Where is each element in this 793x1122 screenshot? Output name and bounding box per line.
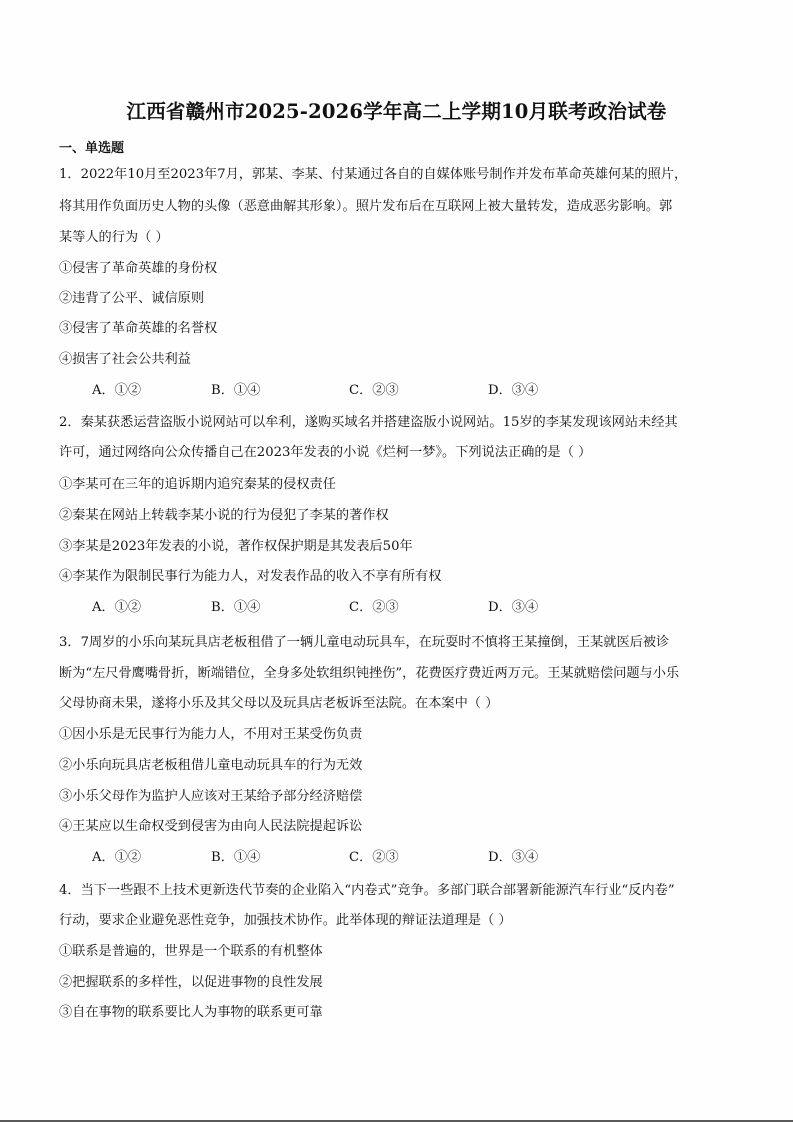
option-a: A．①② xyxy=(92,849,141,867)
option-a: A．①② xyxy=(92,382,141,400)
statement: ①李某可在三年的追诉期内追究秦某的侵权责任 xyxy=(59,476,336,494)
statement: ④李某作为限制民事行为能力人，对发表作品的收入不享有所有权 xyxy=(59,568,441,586)
question-stem-line: 2．秦某获悉运营盗版小说网站可以牟利，遂购买域名并搭建盗版小说网站。15岁的李某… xyxy=(59,414,678,432)
question-stem-line: 行动，要求企业避免恶性竞争，加强技术协作。此举体现的辩证法道理是（ ） xyxy=(59,912,512,930)
option-b: B．①④ xyxy=(211,849,260,867)
statement: ④损害了社会公共利益 xyxy=(59,351,191,369)
statement: ②违背了公平、诚信原则 xyxy=(59,290,204,308)
option-b: B．①④ xyxy=(211,599,260,617)
question-stem-line: 许可，通过网络向公众传播自己在2023年发表的小说《烂柯一梦》。下列说法正确的是… xyxy=(59,444,591,462)
question-stem-line: 将其用作负面历史人物的头像（恶意曲解其形象）。照片发布后在互联网上被大量转发，造… xyxy=(59,198,672,216)
statement: ①联系是普遍的，世界是一个联系的有机整体 xyxy=(59,943,323,961)
question-stem-line: 4．当下一些跟不上技术更新迭代节奏的企业陷入“内卷式”竞争。多部门联合部署新能源… xyxy=(59,882,675,900)
question-stem-line: 父母协商未果，遂将小乐及其父母以及玩具店老板诉至法院。在本案中（ ） xyxy=(59,695,498,713)
statement: ①因小乐是无民事行为能力人，不用对王某受伤负责 xyxy=(59,726,362,744)
option-a: A．①② xyxy=(92,599,141,617)
statement: ②把握联系的多样性，以促进事物的良性发展 xyxy=(59,974,323,992)
question-stem-line: 3．7周岁的小乐向某玩具店老板租借了一辆儿童电动玩具车，在玩耍时不慎将王某撞倒，… xyxy=(59,634,669,652)
option-c: C．②③ xyxy=(349,849,399,867)
statement: ③侵害了革命英雄的名誉权 xyxy=(59,320,217,338)
question-stem-line: 1．2022年10月至2023年7月，郭某、李某、付某通过各自的自媒体账号制作并… xyxy=(59,166,687,184)
statement: ③自在事物的联系要比人为事物的联系更可靠 xyxy=(59,1004,323,1022)
statement: ①侵害了革命英雄的身份权 xyxy=(59,260,217,278)
question-stem-line: 某等人的行为（ ） xyxy=(59,229,169,247)
statement: ③小乐父母作为监护人应该对王某给予部分经济赔偿 xyxy=(59,788,362,806)
statement: ③李某是2023年发表的小说，著作权保护期是其发表后50年 xyxy=(59,538,413,556)
statement: ④王某应以生命权受到侵害为由向人民法院提起诉讼 xyxy=(59,818,362,836)
document-title: 江西省赣州市2025-2026学年高二上学期10月联考政治试卷 xyxy=(0,96,793,124)
question-stem-line: 断为“左尺骨鹰嘴骨折，断端错位，全身多处软组织钝挫伤”，花费医疗费近两万元。王某… xyxy=(59,665,679,683)
option-d: D．③④ xyxy=(488,382,538,400)
section-heading: 一、单选题 xyxy=(59,137,124,156)
option-d: D．③④ xyxy=(488,849,538,867)
option-b: B．①④ xyxy=(211,382,260,400)
statement: ②小乐向玩具店老板租借儿童电动玩具车的行为无效 xyxy=(59,757,362,775)
exam-page: 江西省赣州市2025-2026学年高二上学期10月联考政治试卷 一、单选题 1．… xyxy=(0,0,793,1120)
option-d: D．③④ xyxy=(488,599,538,617)
option-c: C．②③ xyxy=(349,382,399,400)
option-c: C．②③ xyxy=(349,599,399,617)
statement: ②秦某在网站上转载李某小说的行为侵犯了李某的著作权 xyxy=(59,507,389,525)
